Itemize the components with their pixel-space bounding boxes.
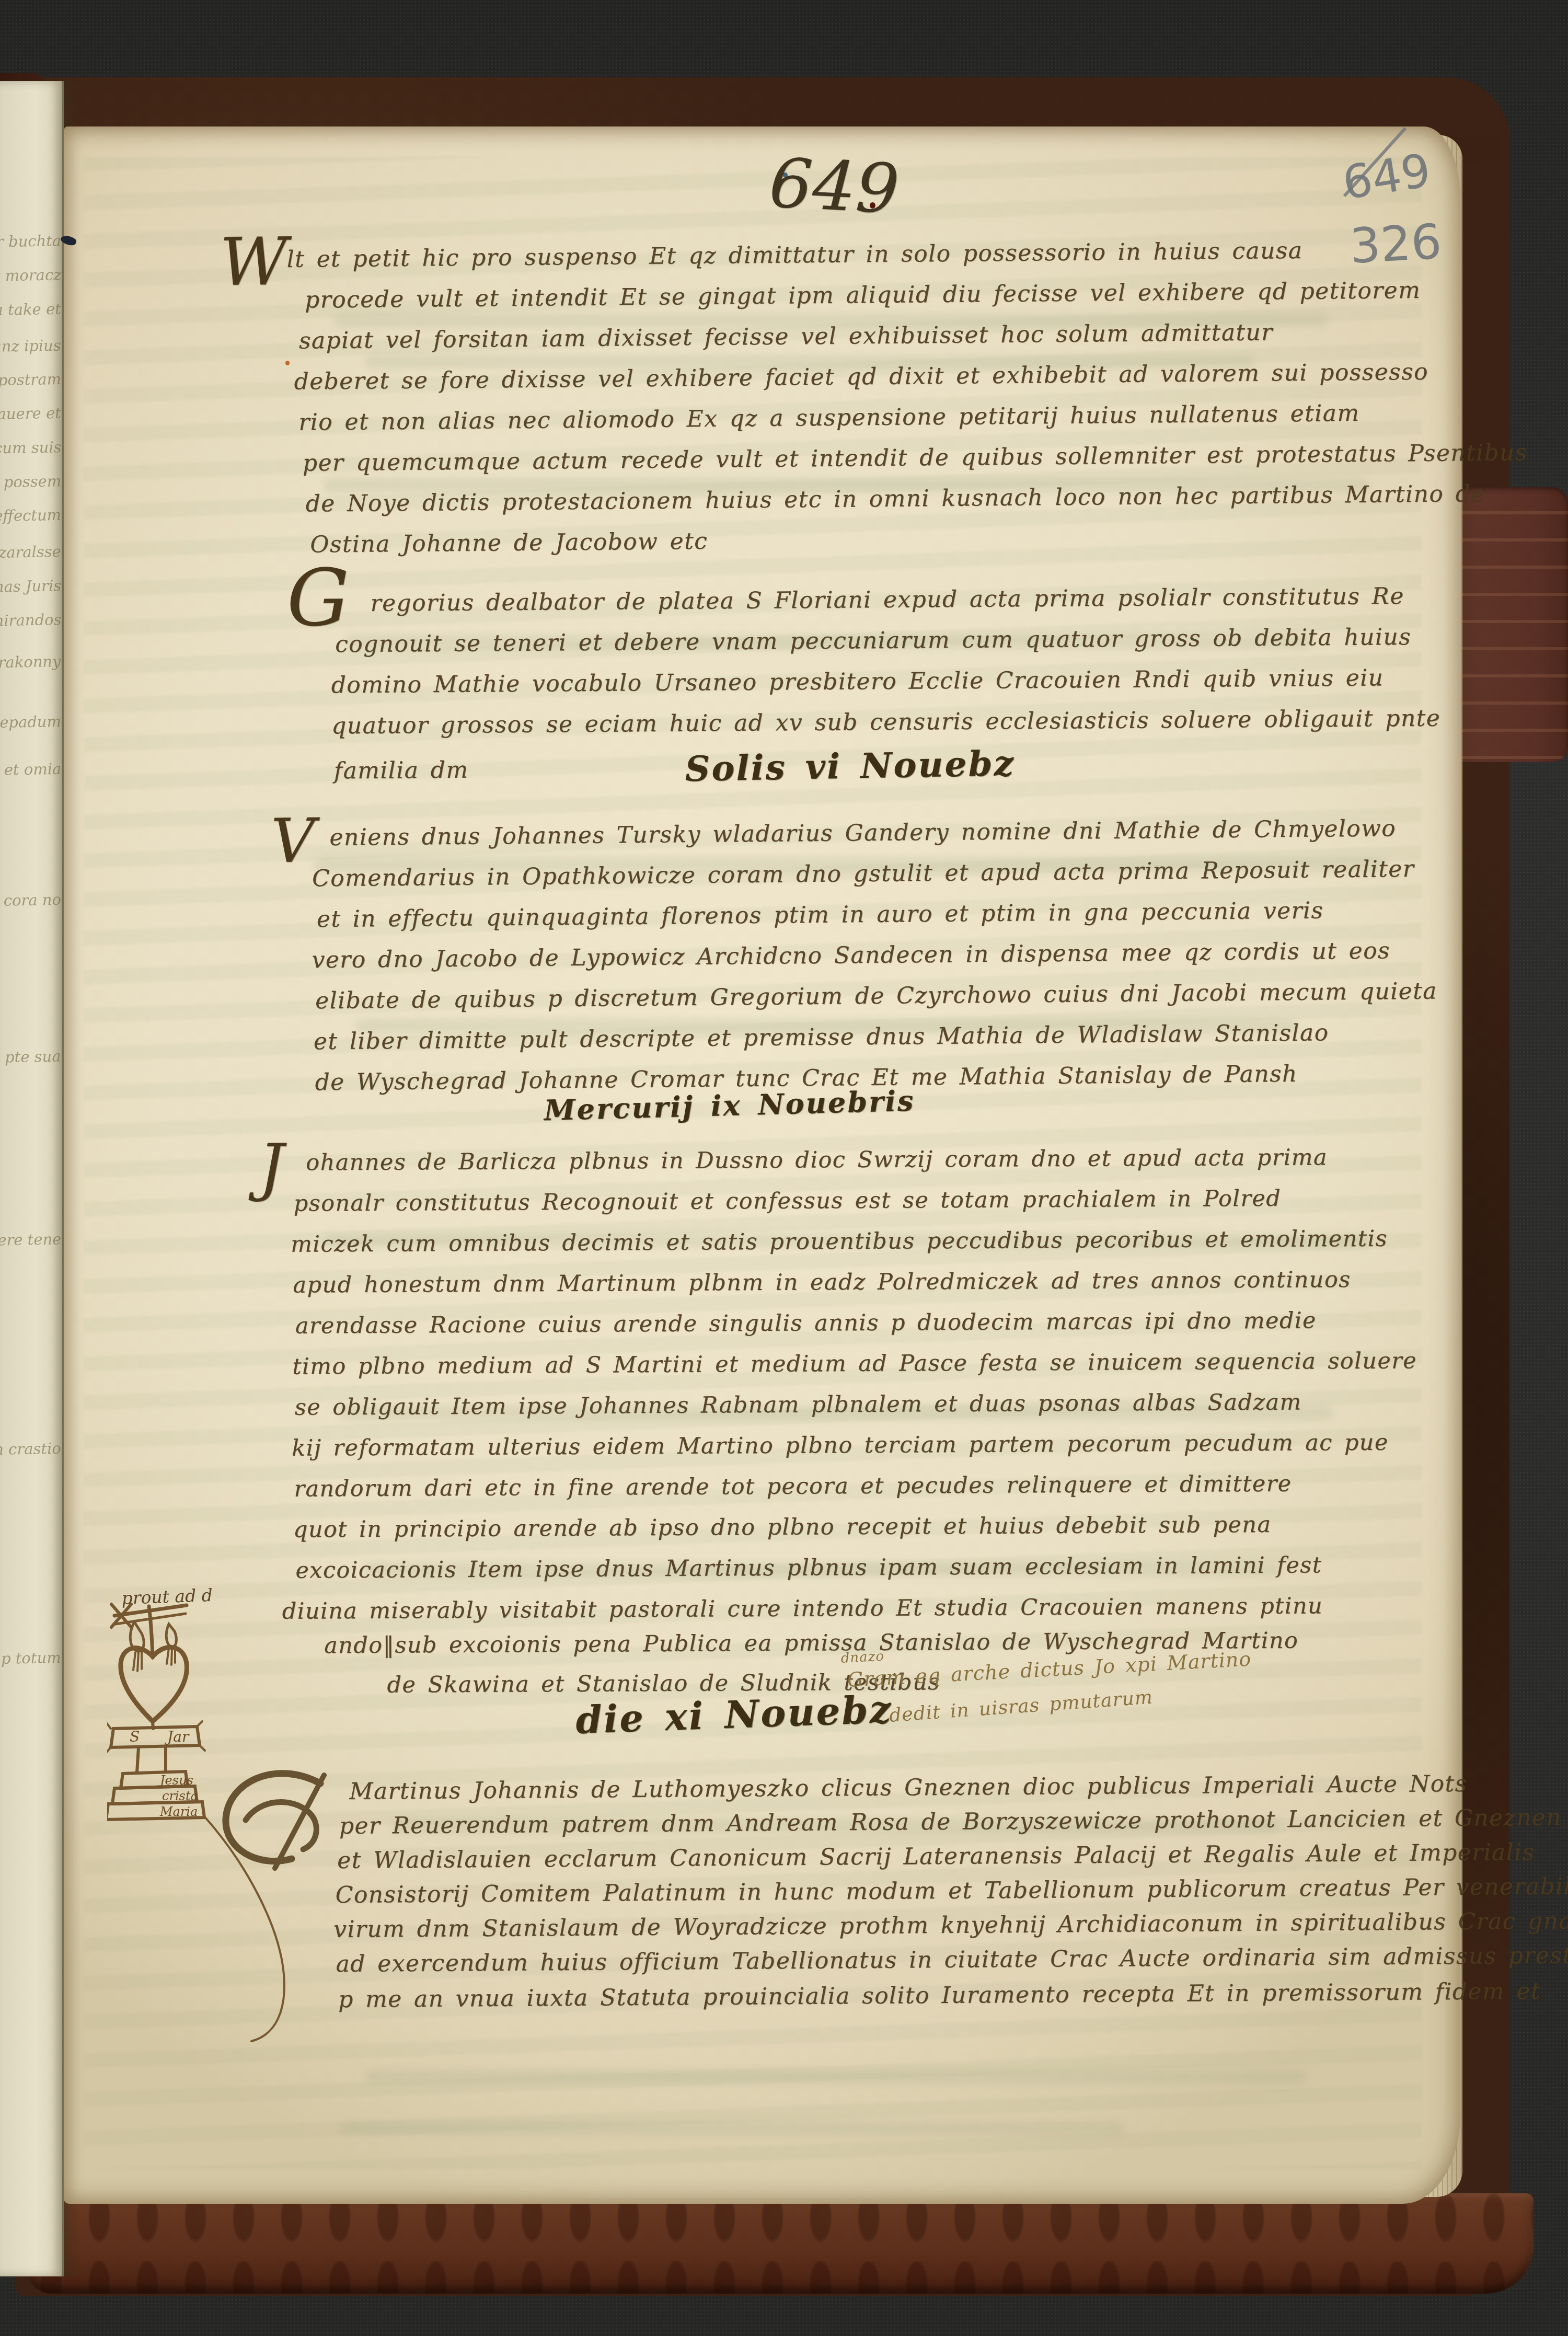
- facing-fragment: shitum fauere et: [0, 404, 61, 424]
- facing-fragment: et admirandos: [0, 611, 61, 630]
- facing-fragment: this in postram: [0, 370, 61, 390]
- facing-fragment: alio in deffectum: [0, 506, 61, 526]
- manuscript-scan: gasthr buchta ho z moracz da take et sta…: [0, 0, 1568, 2336]
- facing-fragment: pro pte sua: [0, 1048, 61, 1067]
- showthrough-line: [340, 2122, 1124, 2135]
- facing-fragment: ipam possem: [0, 472, 61, 491]
- facing-fragment: ho z moracz: [0, 266, 61, 285]
- facing-fragment: huic cum suis: [0, 438, 61, 458]
- facing-fragment: soluere tene: [0, 1230, 61, 1249]
- entry-5-ornate-initial: [213, 1766, 339, 1875]
- entry-4-line: quot in principio arende ab ipso dno plb…: [293, 1512, 1272, 1543]
- ink-speck-orange: [285, 361, 290, 365]
- entry-4-line: apud honestum dnm Martinum plbnm in eadz…: [293, 1267, 1351, 1298]
- facing-fragment: p totum: [1, 1649, 61, 1667]
- facing-fragment: razily rakonny: [0, 652, 61, 672]
- facing-fragment: s penas Juris: [0, 577, 61, 596]
- entry-1-line: Ostina Johanne de Jacobow etc: [310, 528, 708, 558]
- folio-number-ink: 649: [767, 143, 901, 229]
- entry-4-line: ohannes de Barlicza plbnus in Dussno dio…: [306, 1144, 1328, 1176]
- entry-2-tail: familia dm: [334, 757, 469, 785]
- heading-solis-vi-novembris: Solis vi Nouebz: [685, 743, 1016, 789]
- folio-number-pencil: 326: [1348, 214, 1443, 274]
- facing-fragment: gasthr buchta: [0, 232, 61, 251]
- signum-step2-label: crista: [162, 1789, 198, 1803]
- facing-fragment: stanz ipius: [0, 337, 61, 356]
- facing-fragment: pta ipas zaralsse: [0, 543, 61, 562]
- entry-4-line: se obligauit Item ipse Johannes Rabnam p…: [295, 1389, 1302, 1421]
- entry-4-line: diuina miserably visitabit pastorali cur…: [282, 1593, 1323, 1624]
- tooled-leather-bottom: [27, 2193, 1534, 2294]
- signum-step3-label: Maria: [160, 1804, 198, 1819]
- facing-fragment: m et omia: [0, 760, 61, 779]
- showthrough-line: [366, 2070, 1307, 2084]
- entry-4-initial: J: [259, 1131, 284, 1204]
- interlinear-note: dnazo: [840, 1649, 885, 1666]
- entry-4-line: excoicacionis Item ipse dnus Martinus pl…: [295, 1552, 1322, 1583]
- entry-1-initial: W: [220, 223, 288, 301]
- entry-2-initial: G: [286, 553, 350, 644]
- facing-fragment: longe sepadum: [0, 712, 61, 732]
- facing-fragment: in crastio: [0, 1440, 61, 1458]
- facing-fragment: q cora no: [0, 891, 61, 910]
- facing-page-sliver: gasthr buchta ho z moracz da take et sta…: [0, 81, 64, 2276]
- entry-4-line: psonalr constitutus Recognouit et confes…: [294, 1186, 1282, 1217]
- signum-step1-label: Jesus: [160, 1773, 193, 1788]
- entry-3-initial: V: [271, 805, 315, 877]
- entry-4-line: randorum dari etc in fine arende tot pec…: [294, 1471, 1292, 1502]
- entry-4-line: arendasse Racione cuius arende singulis …: [295, 1307, 1317, 1339]
- signum-band-label: S Jar: [130, 1728, 189, 1745]
- facing-fragment: da take et: [0, 300, 61, 319]
